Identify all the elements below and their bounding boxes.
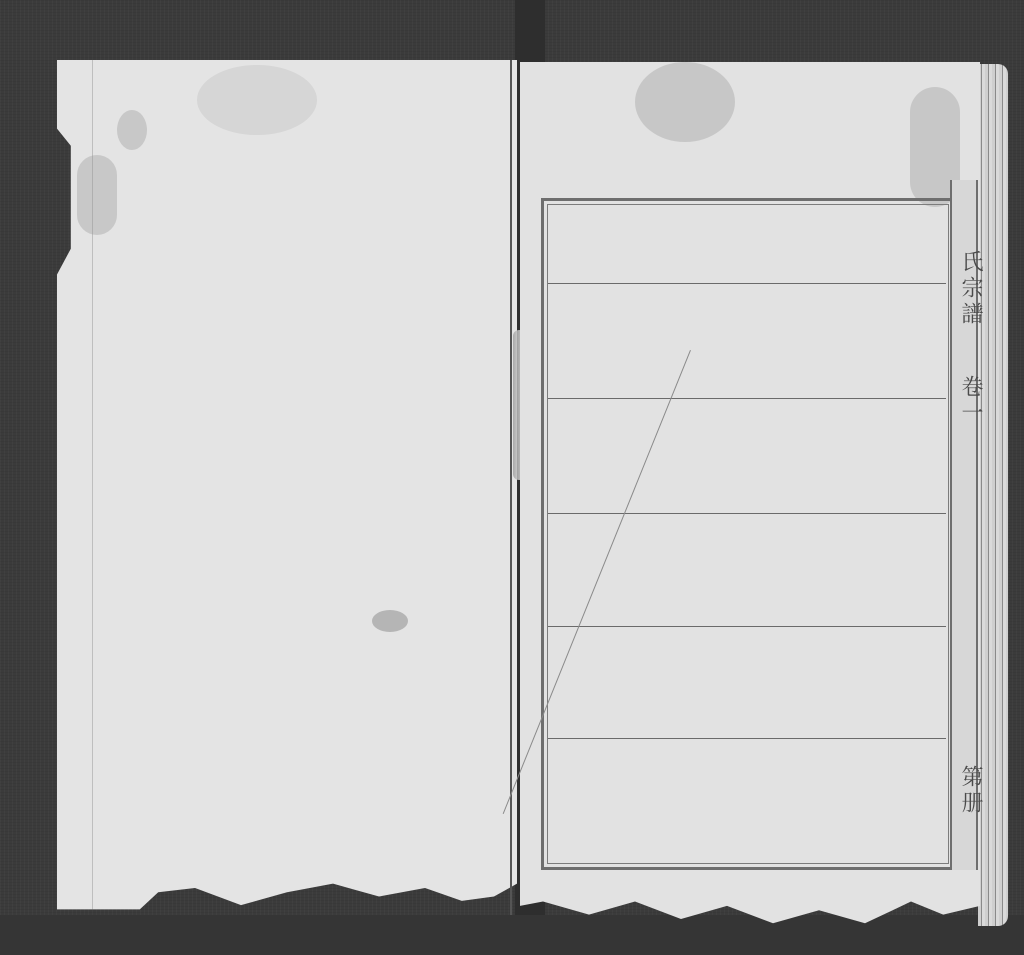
book-cover-bottom <box>0 915 1024 955</box>
spine-bottom-label: 第册 <box>955 765 986 817</box>
left-page <box>57 60 517 918</box>
row-divider <box>548 626 946 627</box>
bleedthrough-text <box>560 295 740 395</box>
row-divider <box>548 738 946 739</box>
stain <box>117 110 147 150</box>
stain <box>77 155 117 235</box>
row-divider <box>548 513 946 514</box>
row-divider <box>548 283 946 284</box>
gutter <box>510 60 512 915</box>
stain <box>372 610 408 632</box>
spine-volume: 卷一 <box>955 375 986 427</box>
stain <box>635 62 735 142</box>
stain <box>197 65 317 135</box>
spine-title: 氏宗譜 <box>955 250 986 328</box>
row-divider <box>548 398 946 399</box>
